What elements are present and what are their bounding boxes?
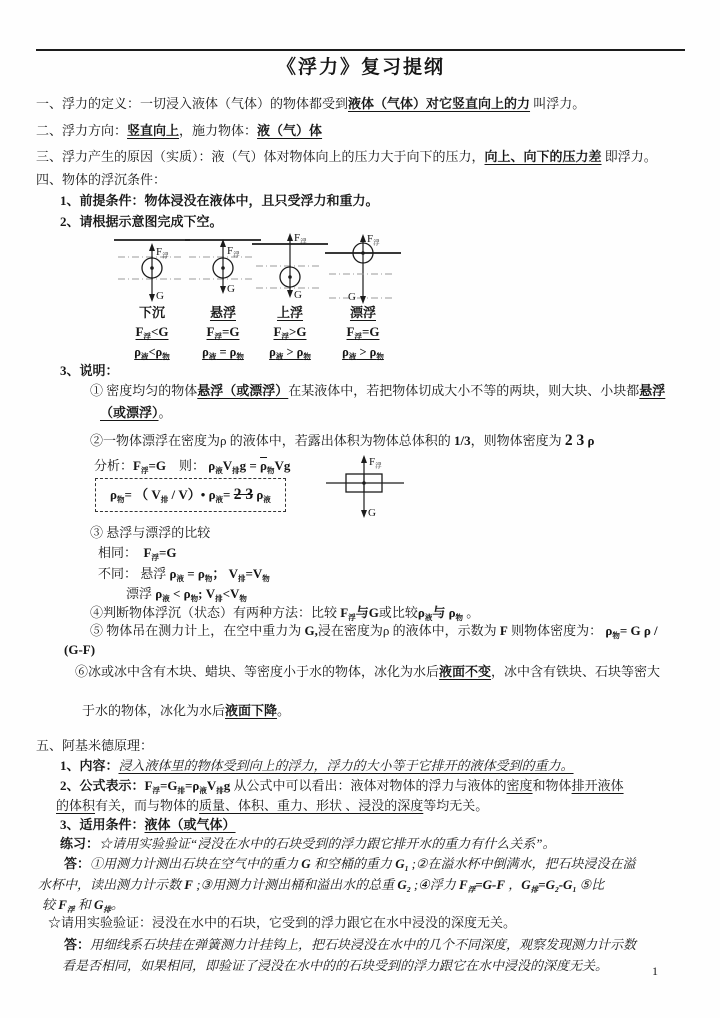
definition-line: 一、浮力的定义：一切浸入液体（气体）的物体都受到液体（气体）对它竖直向上的力 叫…	[36, 95, 686, 112]
up-arrow-icon	[287, 233, 293, 241]
down-arrow-icon	[360, 296, 366, 304]
answer1-line3: 较 F浮 和 G排。	[36, 896, 686, 913]
same-line: 相同： F浮=G	[36, 544, 686, 561]
note6-line1: ⑥冰或冰中含有木块、蜡块、等密度小于水的物体，冰化为水后液面不变，冰中含有铁块、…	[36, 663, 686, 680]
down-arrow-icon	[361, 510, 367, 518]
star2-line: ☆请用实验验证：浸没在水中的石块，它受到的浮力跟它在水中浸没的深度无关。	[36, 914, 686, 931]
buoyancy-force-label: F浮	[156, 246, 169, 260]
up-arrow-icon	[360, 234, 366, 242]
gravity-label: G	[348, 291, 356, 303]
answer2-line1: 答：用细线系石块挂在弹簧测力计挂钩上，把石块浸没在水中的几个不同深度，观察发现测…	[36, 936, 686, 953]
answer1-line1: 答：①用测力计测出石块在空气中的重力 G 和空桶的重力 G1 ;②在溢水杯中倒满…	[36, 855, 686, 872]
down-arrow-icon	[287, 290, 293, 298]
section4-item3: 3、说明：	[36, 362, 686, 379]
state-label: 漂浮	[321, 305, 405, 320]
force-relation: F浮=G	[321, 322, 405, 342]
up-arrow-icon	[149, 243, 155, 251]
float-sink-diagrams: F浮 G 下沉 F浮<G ρ液<ρ物 F浮	[36, 230, 686, 362]
answer2-line2: 看是否相同，如果相同，即验证了浸没在水中的的石块受到的浮力跟它在水中浸没的深度无…	[36, 957, 686, 974]
gravity-label: G	[368, 507, 376, 519]
practice-line: 练习：☆请用实验验证“浸没在水中的石块受到的浮力跟它排开水的重力有什么关系”。	[36, 835, 686, 852]
floating-block-figure: F浮 G	[320, 450, 410, 522]
gravity-label: G	[227, 283, 235, 295]
diagram-column-float: F浮 G 漂浮 F浮=G ρ液 > ρ物	[321, 230, 405, 362]
section5-item1: 1、内容：浸入液体里的物体受到向上的浮力，浮力的大小等于它排开的液体受到的重力。	[36, 757, 686, 774]
cause-line: 三、浮力产生的原因（实质）：液（气）体对物体向上的压力大于向下的压力，向上、向下…	[36, 148, 686, 165]
note1-line2: （或漂浮）。	[36, 404, 686, 421]
section5-heading: 五、阿基米德原理：	[36, 737, 686, 754]
float-diagram: F浮 G	[323, 230, 403, 305]
diagram-column-rise: F浮 G 上浮 F浮>G ρ液 > ρ物	[248, 230, 332, 362]
sink-diagram: F浮 G	[112, 230, 192, 305]
rise-diagram: F浮 G	[250, 230, 330, 305]
note2-line: ②一物体漂浮在密度为ρ 的液体中，若露出体积为物体总体积的 1/3，则物体密度为…	[36, 432, 686, 450]
diff-line2: 漂浮 ρ液 < ρ物; V排<V物	[36, 585, 686, 602]
force-relation: F浮>G	[248, 322, 332, 342]
density-formula-box: ρ物= （ V排 / V）• ρ液= 2 3 ρ液	[95, 478, 286, 512]
note3-line: ③ 悬浮与漂浮的比较	[36, 524, 686, 541]
down-arrow-icon	[220, 286, 226, 294]
note5-line2: (G-F)	[36, 641, 686, 658]
document-page: 《浮力》复习提纲 一、浮力的定义：一切浸入液体（气体）的物体都受到液体（气体）对…	[0, 0, 720, 1018]
page-number: 1	[652, 964, 658, 979]
section4-item1: 1、前提条件：物体浸没在液体中，且只受浮力和重力。	[36, 192, 686, 209]
up-arrow-icon	[361, 455, 367, 463]
gravity-label: G	[294, 289, 302, 301]
note5-line1: ⑤ 物体吊在测力计上，在空中重力为 G,浸在密度为ρ 的液体中，示数为 F 则物…	[36, 621, 686, 641]
density-relation: ρ液 > ρ物	[321, 342, 405, 362]
document-content: 《浮力》复习提纲 一、浮力的定义：一切浸入液体（气体）的物体都受到液体（气体）对…	[36, 57, 686, 974]
answer1-line2: 水杯中，读出测力计示数 F ;③用测力计测出桶和溢出水的总重 G2 ;④浮力 F…	[36, 876, 686, 893]
header-rule	[36, 49, 685, 51]
section4-item2: 2、请根据示意图完成下空。	[36, 213, 686, 230]
section4-heading: 四、物体的浮沉条件：	[36, 171, 686, 188]
section5-item2-line2: 的体积有关，而与物体的质量、体积、重力、形状 、浸没的深度等均无关。	[36, 797, 686, 814]
state-label: 上浮	[248, 305, 332, 320]
buoyancy-force-label: F浮	[227, 245, 240, 259]
density-relation: ρ液 > ρ物	[248, 342, 332, 362]
formula-box-row: ρ物= （ V排 / V）• ρ液= 2 3 ρ液 F浮 G	[95, 478, 686, 518]
buoyancy-force-label: F浮	[367, 233, 380, 247]
down-arrow-icon	[149, 294, 155, 302]
page-title: 《浮力》复习提纲	[36, 57, 686, 79]
note1-line1: ① 密度均匀的物体悬浮（或漂浮）在某液体中，若把物体切成大小不等的两块，则大块、…	[36, 382, 686, 399]
buoyancy-force-label: F浮	[369, 456, 382, 470]
section5-item3: 3、适用条件：液体（或气体）	[36, 816, 686, 833]
buoyancy-force-label: F浮	[294, 232, 307, 246]
diff-line1: 不同： 悬浮 ρ液 = ρ物； V排=V物	[36, 565, 686, 582]
note4-line: ④判断物体浮沉（状态）有两种方法：比较 F浮与G或比较ρ液与 ρ物 。	[36, 604, 686, 621]
direction-line: 二、浮力方向：竖直向上，施力物体：液（气）体	[36, 122, 686, 139]
section5-item2-line1: 2、公式表示：F浮=G排=ρ液V排g 从公式中可以看出：液体对物体的浮力与液体的…	[36, 777, 686, 794]
gravity-label: G	[156, 290, 164, 302]
note6-line2: 于水的物体，冰化为水后液面下降。	[36, 702, 686, 719]
